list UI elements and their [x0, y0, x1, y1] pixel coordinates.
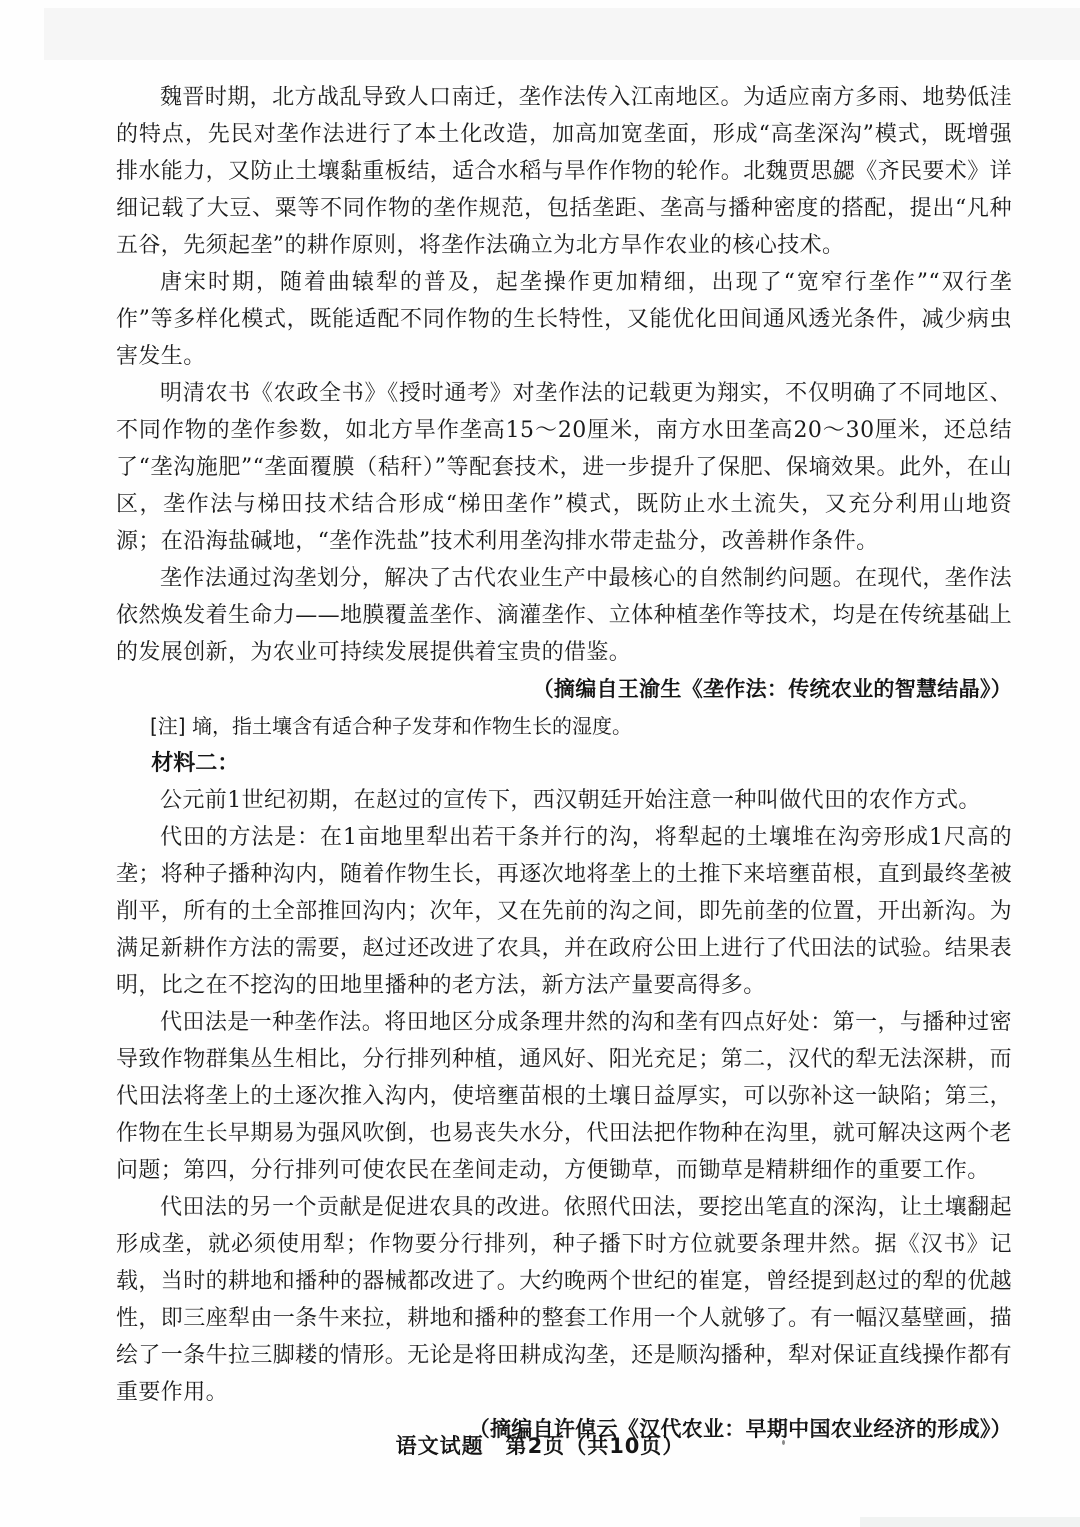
page-footer: 语文试题 第2页（共10页）: [0, 1428, 1080, 1465]
material-1-section: 魏晋时期，北方战乱导致人口南迁，垄作法传入江南地区。为适应南方多雨、地势低洼的特…: [116, 79, 1012, 745]
material1-paragraph-tangsong: 唐宋时期，随着曲辕犁的普及，起垄操作更加精细，出现了“宽窄行垄作”“双行垄作”等…: [116, 264, 1012, 375]
material2-paragraph-method: 代田的方法是：在1亩地里犁出若干条并行的沟，将犁起的土壤堆在沟旁形成1尺高的垄；…: [116, 819, 1012, 1004]
material2-paragraph-tools: 代田法的另一个贡献是促进农具的改进。依照代田法，要挖出笔直的深沟，让土壤翻起形成…: [116, 1189, 1012, 1411]
scan-speck: [782, 1440, 785, 1445]
scan-speck: [470, 655, 474, 658]
page-footer-text: 语文试题 第2页（共10页）: [396, 1434, 685, 1458]
scan-artifact-bottom-strip: [860, 1517, 1080, 1527]
material1-paragraph-mingqing: 明清农书《农政全书》《授时通考》对垄作法的记载更为翔实，不仅明确了不同地区、不同…: [116, 375, 1012, 560]
material1-footnote: [注] 墒，指土壤含有适合种子发芽和作物生长的湿度。: [116, 708, 1012, 745]
page-content: 魏晋时期，北方战乱导致人口南迁，垄作法传入江南地区。为适应南方多雨、地势低洼的特…: [116, 79, 1012, 1448]
scan-artifact-top-band: [44, 8, 1080, 60]
material2-paragraph-benefits: 代田法是一种垄作法。将田地区分成条理井然的沟和垄有四点好处：第一，与播种过密导致…: [116, 1004, 1012, 1189]
material2-heading: 材料二：: [116, 745, 1012, 782]
material1-attribution: （摘编自王渝生《垄作法：传统农业的智慧结晶》）: [116, 671, 1012, 708]
material1-paragraph-modern: 垄作法通过沟垄划分，解决了古代农业生产中最核心的自然制约问题。在现代，垄作法依然…: [116, 560, 1012, 671]
material2-paragraph-intro: 公元前1世纪初期，在赵过的宣传下，西汉朝廷开始注意一种叫做代田的农作方式。: [116, 782, 1012, 819]
material1-paragraph-weijin: 魏晋时期，北方战乱导致人口南迁，垄作法传入江南地区。为适应南方多雨、地势低洼的特…: [116, 79, 1012, 264]
exam-paper-page: 魏晋时期，北方战乱导致人口南迁，垄作法传入江南地区。为适应南方多雨、地势低洼的特…: [0, 0, 1080, 1527]
material-2-section: 材料二： 公元前1世纪初期，在赵过的宣传下，西汉朝廷开始注意一种叫做代田的农作方…: [116, 745, 1012, 1448]
